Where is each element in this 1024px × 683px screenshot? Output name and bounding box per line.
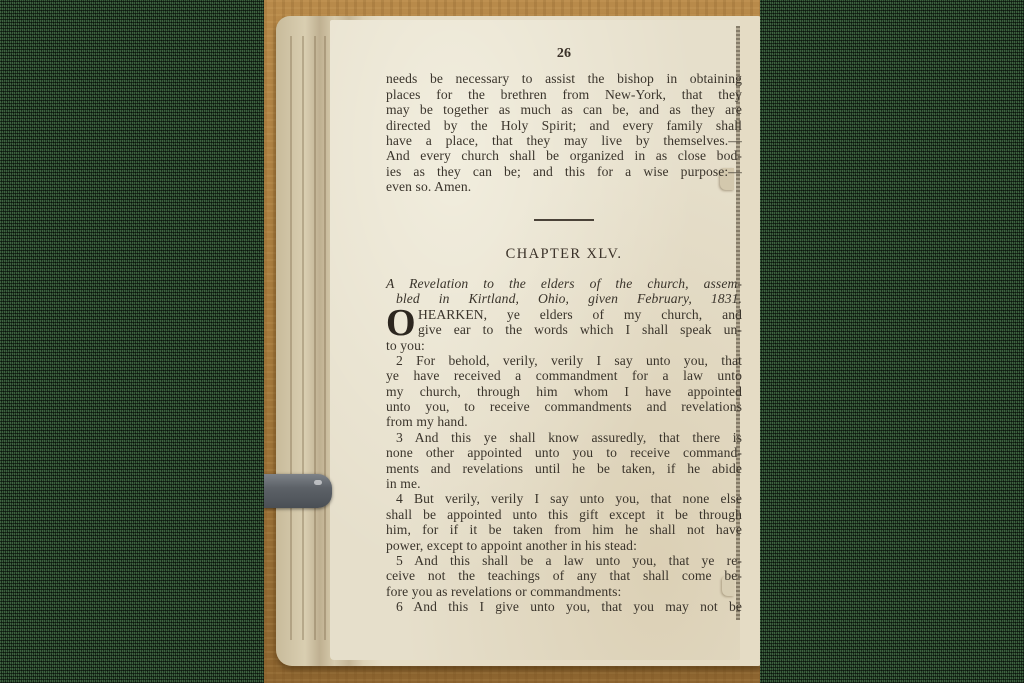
text-line: 2 For behold, verily, verily I say unto … [386,353,742,368]
text-line: in me. [386,476,742,491]
text-line: none other appointed unto you to receive… [386,445,742,460]
page-number: 26 [386,46,742,61]
text-line: 5 And this shall be a law unto you, that… [386,553,742,568]
text-line: 4 But verily, verily I say unto you, tha… [386,491,742,506]
text-line: power, except to appoint another in his … [386,538,742,553]
text-line: HEARKEN, ye elders of my church, and [386,307,742,322]
text-line: A Revelation to the elders of the church… [386,276,742,291]
drop-cap: O [386,306,416,340]
chapter-heading: CHAPTER XLV. [386,247,742,262]
text-line: my church, through him whom I have appoi… [386,384,742,399]
text-line: directed by the Holy Spirit; and every f… [386,118,742,133]
text-line: even so. Amen. [386,179,742,194]
page-text: 26 needs be necessary to assist the bish… [386,16,742,615]
verse-3: 3 And this ye shall know assuredly, that… [386,430,742,492]
text-line: bled in Kirtland, Ohio, given February, … [386,291,742,306]
opening-paragraph: needs be necessary to assist the bishop … [386,71,742,194]
book-photo: 26 needs be necessary to assist the bish… [264,0,760,683]
text-line: 6 And this I give unto you, that you may… [386,599,742,614]
verse-2: 2 For behold, verily, verily I say unto … [386,353,742,430]
text-line: 3 And this ye shall know assuredly, that… [386,430,742,445]
text-line: ye have received a commandment for a law… [386,368,742,383]
verse-4: 4 But verily, verily I say unto you, tha… [386,491,742,553]
verse-1: O HEARKEN, ye elders of my church, and g… [386,307,742,353]
verse-5: 5 And this shall be a law unto you, that… [386,553,742,599]
bookmark-ribbon [264,474,332,508]
text-line: to you: [386,338,742,353]
chapter-summary: A Revelation to the elders of the church… [386,276,742,307]
text-line: needs be necessary to assist the bishop … [386,71,742,86]
text-line: fore you as revelations or commandments: [386,584,742,599]
text-line: ceive not the teachings of any that shal… [386,568,742,583]
text-line: him, for if it be taken from him he shal… [386,522,742,537]
verse-6: 6 And this I give unto you, that you may… [386,599,742,614]
section-divider [534,219,594,221]
text-line: give ear to the words which I shall spea… [386,322,742,337]
text-line: unto you, to receive commandments and re… [386,399,742,414]
text-line: have a place, that they may live by them… [386,133,742,148]
text-line: may be together as much as can be, and a… [386,102,742,117]
text-line: ments and revelations until he be taken,… [386,461,742,476]
text-line: shall be appointed unto this gift except… [386,507,742,522]
text-line: places for the brethren from New-York, t… [386,87,742,102]
text-line: And every church shall be organized in a… [386,148,742,163]
text-line: from my hand. [386,414,742,429]
text-line: ies as they can be; and this for a wise … [386,164,742,179]
